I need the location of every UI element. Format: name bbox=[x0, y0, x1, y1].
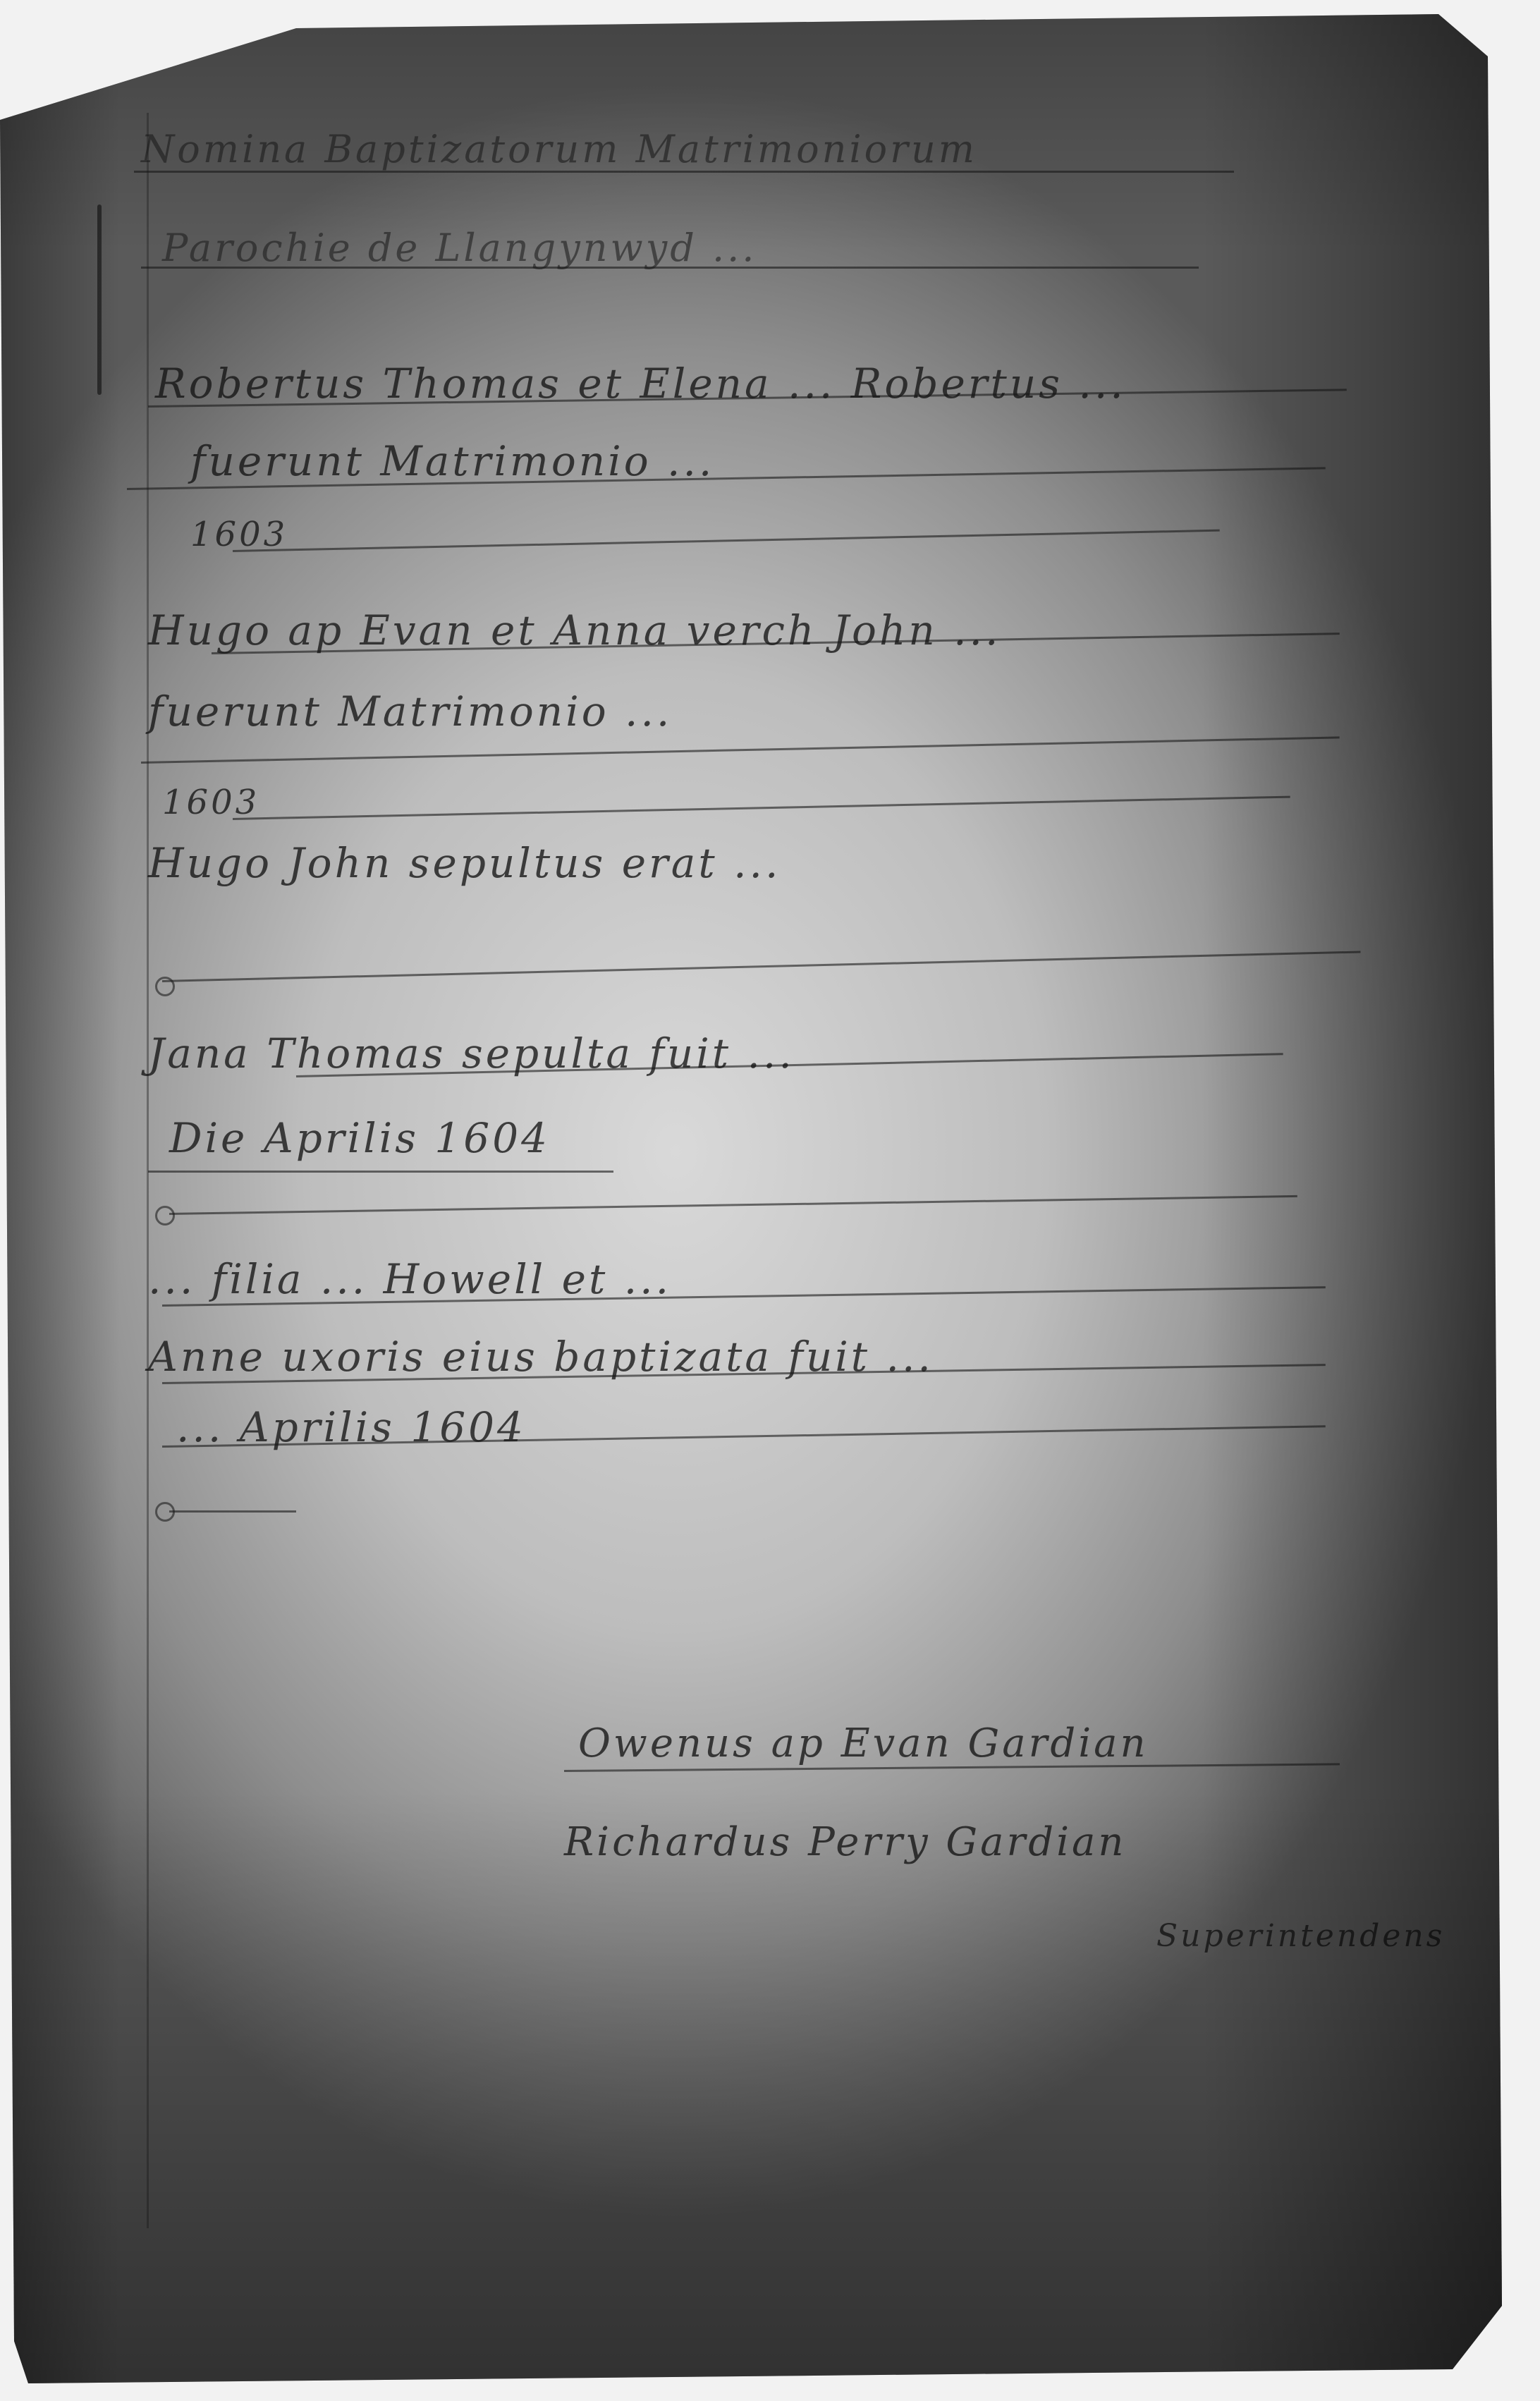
entry-3-line-1: Hugo John sepultus erat ... bbox=[148, 839, 781, 887]
ruled-line bbox=[162, 951, 1361, 982]
ruled-line bbox=[169, 1195, 1297, 1215]
entry-5-line-1: ... filia ... Howell et ... bbox=[148, 1255, 671, 1303]
ruled-line bbox=[169, 1510, 296, 1513]
scanned-register-page: Nomina Baptizatorum Matrimoniorum Paroch… bbox=[0, 14, 1502, 2383]
ruled-line bbox=[141, 736, 1340, 764]
entry-separator-mark bbox=[155, 1206, 175, 1226]
ruled-line bbox=[134, 171, 1234, 173]
entry-2-line-2: fuerunt Matrimonio ... bbox=[148, 688, 672, 735]
ruled-line bbox=[141, 267, 1199, 269]
entry-4-line-1: Jana Thomas sepulta fuit ... bbox=[148, 1030, 795, 1077]
signature-superintendent: Superintendens bbox=[1156, 1918, 1445, 1954]
entry-1-line-3: 1603 bbox=[190, 515, 288, 554]
entry-separator-mark bbox=[155, 977, 175, 996]
heading-line-2: Parochie de Llangynwyd ... bbox=[162, 226, 757, 270]
ruled-line bbox=[148, 1171, 613, 1173]
heading-bracket-mark bbox=[97, 204, 102, 395]
entry-1-line-2: fuerunt Matrimonio ... bbox=[190, 437, 714, 485]
entry-2-line-3: 1603 bbox=[162, 783, 259, 822]
signature-warden-1: Owenus ap Evan Gardian bbox=[578, 1721, 1149, 1766]
ruled-line bbox=[233, 530, 1220, 552]
entry-4-line-2: Die Aprilis 1604 bbox=[169, 1114, 550, 1162]
heading-line-1: Nomina Baptizatorum Matrimoniorum bbox=[141, 127, 977, 171]
ruled-line bbox=[233, 796, 1290, 820]
signature-warden-2: Richardus Perry Gardian bbox=[564, 1819, 1127, 1865]
